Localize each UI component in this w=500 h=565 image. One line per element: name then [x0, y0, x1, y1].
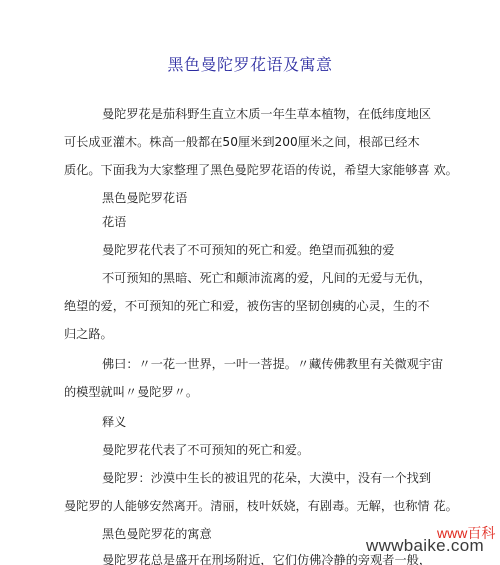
paragraph-line: 的模型就叫〃曼陀罗〃。 — [64, 384, 198, 400]
paragraph-line: 黑色曼陀罗花的寓意 — [102, 526, 212, 542]
paragraph-line: 释义 — [102, 414, 126, 430]
paragraph-line: 曼陀罗花代表了不可预知的死亡和爱。 — [102, 442, 309, 458]
paragraph-line: 曼陀罗：沙漠中生长的被诅咒的花朵，大漠中，没有一个找到 — [102, 470, 431, 486]
paragraph-line: 不可预知的黑暗、死亡和颠沛流离的爱，凡间的无爱与无仇， — [102, 270, 431, 286]
paragraph-line: 可长成亚灌木。株高一般都在50厘米到200厘米之间，根部已经木 — [64, 134, 420, 150]
paragraph-line: 佛曰：〃一花一世界，一叶一菩提。〃藏传佛教里有关微观宇宙 — [102, 356, 443, 372]
paragraph-line: 曼陀罗花是茄科野生直立木质一年生草本植物，在低纬度地区 — [102, 106, 431, 122]
paragraph-line: 曼陀罗花代表了不可预知的死亡和爱。绝望而孤独的爱 — [102, 242, 395, 258]
paragraph-line: 质化。下面我为大家整理了黑色曼陀罗花语的传说，希望大家能够喜 欢。 — [64, 162, 458, 178]
paragraph-line: 黑色曼陀罗花语 — [102, 190, 187, 206]
paragraph-line: 归之路。 — [64, 326, 113, 342]
paragraph-line: 曼陀罗的人能够安然离开。清丽，枝叶妖娆，有剧毒。无解，也称情 花。 — [64, 498, 458, 514]
paragraph-line: 花语 — [102, 214, 126, 230]
paragraph-line: 绝望的爱，不可预知的死亡和爱，被伤害的坚韧创痍的心灵，生的不 — [64, 298, 430, 314]
watermark-url: wwwbaike.com — [366, 536, 484, 556]
page-title: 黑色曼陀罗花语及寓意 — [0, 52, 500, 75]
